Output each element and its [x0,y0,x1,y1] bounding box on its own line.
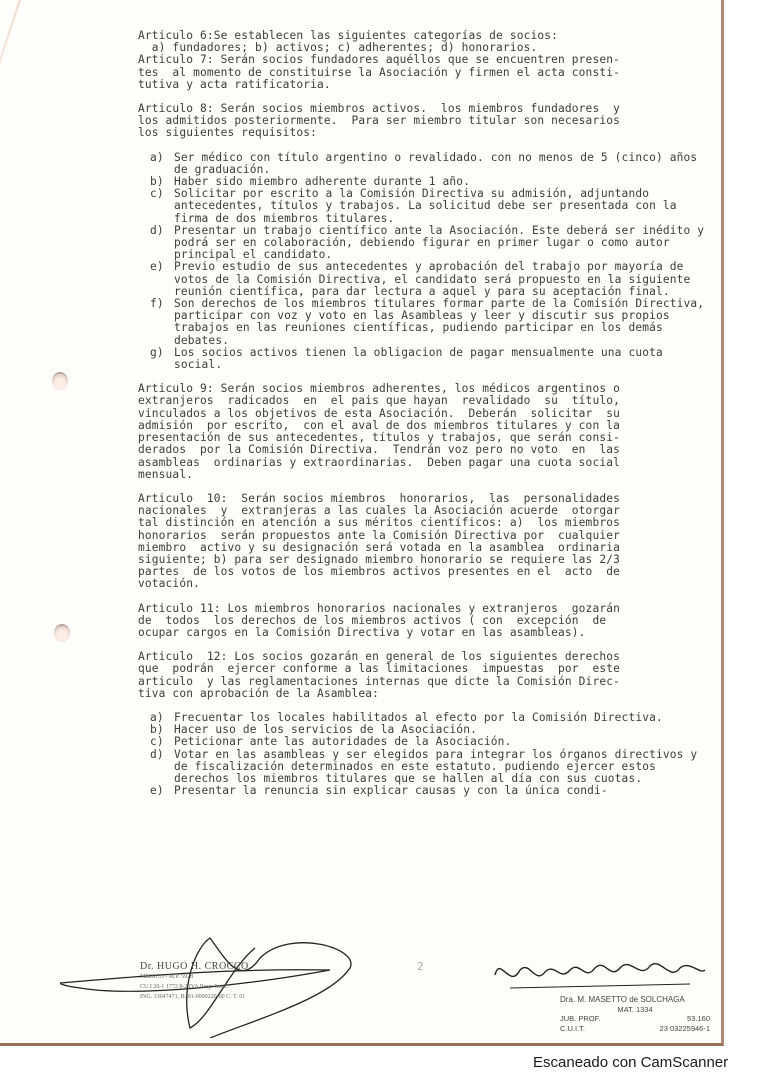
article-8: Articulo 8: Serán socios miembros activo… [138,103,706,140]
article-line: ocupar cargos en la Comisión Directiva y… [138,627,706,639]
doctor-stamp-left: Dr. HUGO H. CROCCO MEDICO - M.P. 5928 CU… [140,962,249,1002]
page-number: 2 [417,960,424,973]
list-item: c)Solicitar por escrito a la Comisión Di… [150,188,706,225]
article-line: Articulo 7: Serán socios fundadores aqué… [138,54,706,66]
article-8-requirements: a)Ser médico con título argentino o reva… [150,152,706,372]
doctor-stamp-right: Dra. M. MASETTO de SOLCHAGA MAT. 1334 JU… [560,995,710,1033]
article-line: Articulo 11: Los miembros honorarios nac… [138,603,706,615]
camscanner-watermark: Escaneado con CamScanner [533,1054,728,1071]
paper-fold-line [0,0,24,105]
list-item: f)Son derechos de los miembros titulares… [150,298,706,347]
article-6: Articulo 6:Se establecen las siguientes … [138,30,706,54]
list-item: d)Votar en las asambleas y ser elegidos … [150,749,706,786]
punch-hole [54,624,70,642]
article-line: honorarios serán propuestos ante la Comi… [138,530,706,542]
article-12: Articulo 12: Los socios gozarán en gener… [138,651,706,700]
scanned-page: Articulo 6:Se establecen las siguientes … [0,0,724,1046]
article-line: que podrán ejercer conforme a las limita… [138,663,706,675]
article-line: tal distinción en atención a sus méritos… [138,517,706,529]
list-item: g)Los socios activos tienen la obligacio… [150,347,706,371]
article-line: extranjeros radicados en el pais que hay… [138,395,706,407]
document-body: Articulo 6:Se establecen las siguientes … [138,30,706,809]
article-line: tiva con aprobación de la Asamblea: [138,688,706,700]
article-line: mensual. [138,469,706,481]
article-line: partes de los votos de los miembros acti… [138,566,706,578]
list-item: a)Ser médico con título argentino o reva… [150,152,706,176]
article-line: los siguientes requisitos: [138,127,706,139]
article-7: Articulo 7: Serán socios fundadores aqué… [138,54,706,91]
article-line: asambleas ordinarias y extraordinarias. … [138,457,706,469]
article-10: Articulo 10: Serán socios miembros honor… [138,493,706,591]
article-11: Articulo 11: Los miembros honorarios nac… [138,603,706,640]
article-line: articulo y las reglamentaciones internas… [138,676,706,688]
list-item: d)Presentar un trabajo científico ante l… [150,225,706,262]
article-line: tes al momento de constituirse la Asocia… [138,67,706,79]
signature-right-icon [490,950,710,1000]
punch-hole [52,372,68,390]
article-9: Articulo 9: Serán socios miembros adhere… [138,383,706,481]
article-line: votación. [138,578,706,590]
article-line: derados por la Comisión Directiva. Tendr… [138,444,706,456]
article-12-rights: a)Frecuentar los locales habilitados al … [150,712,706,797]
list-item: e)Presentar la renuncia sin explicar cau… [150,785,706,797]
article-line: tutiva y acta ratificatoria. [138,79,706,91]
list-item: e)Previo estudio de sus antecedentes y a… [150,261,706,298]
